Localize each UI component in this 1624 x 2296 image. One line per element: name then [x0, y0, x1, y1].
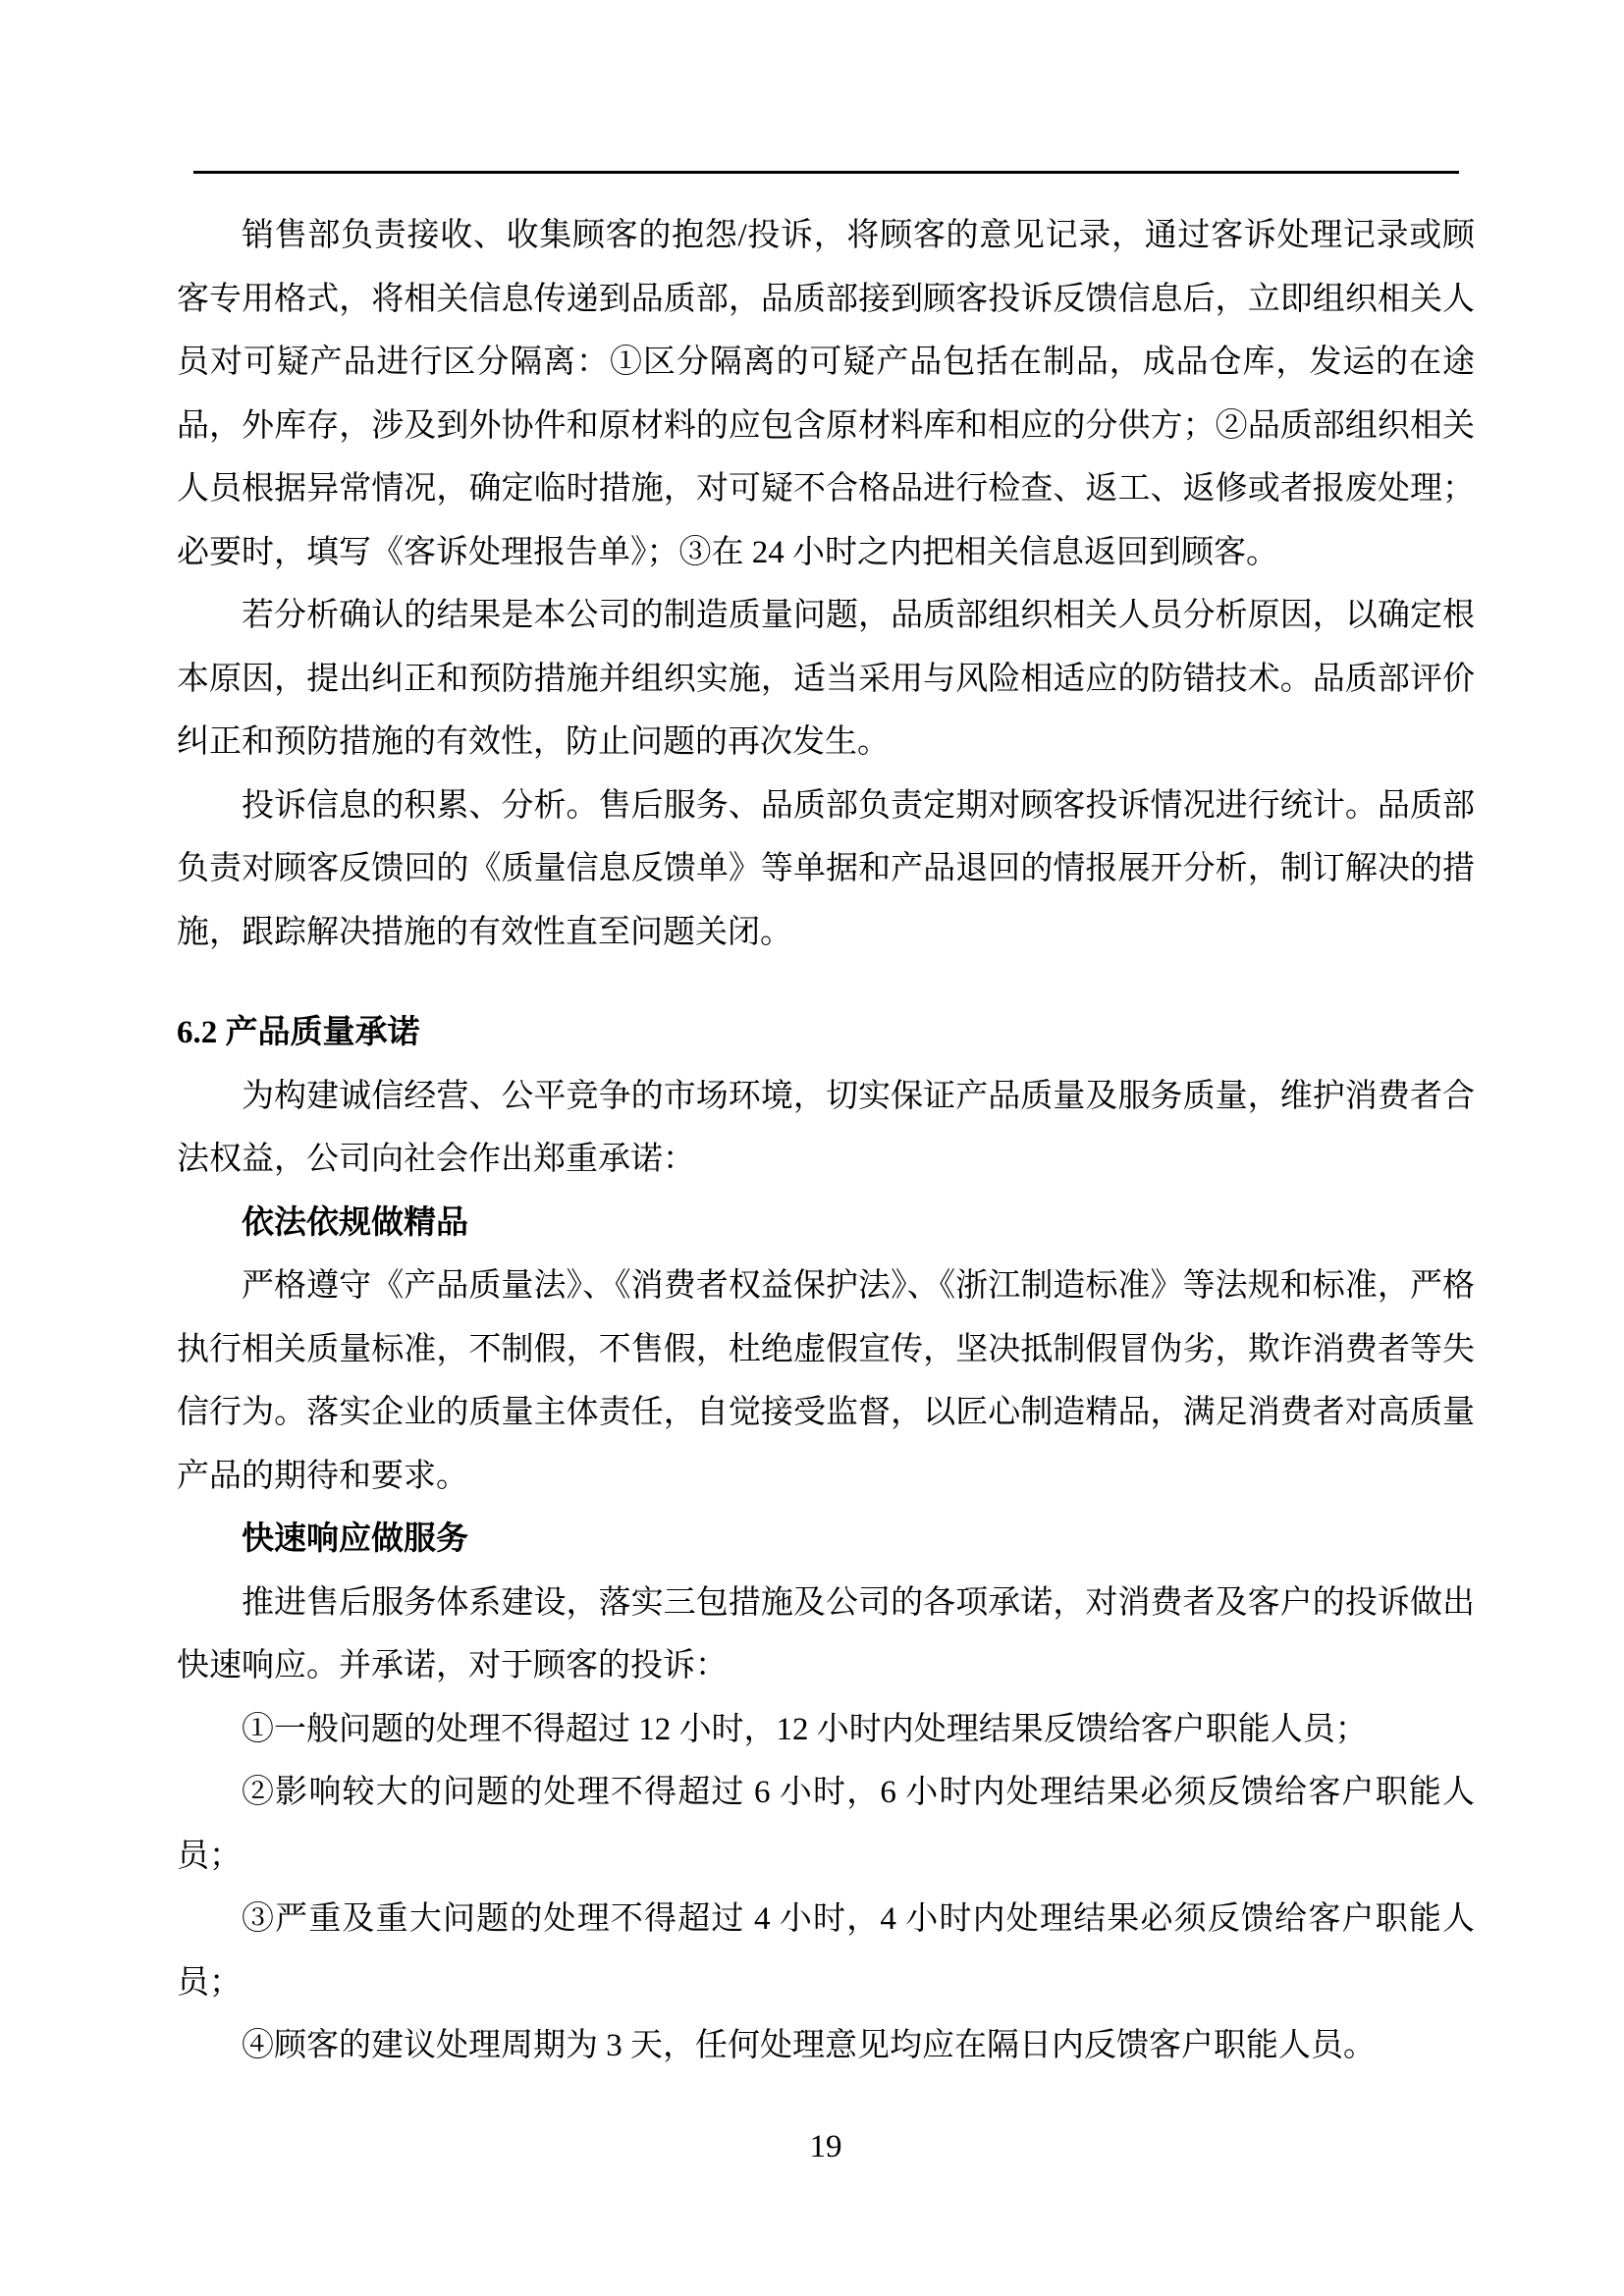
paragraph-complaint-intake: 销售部负责接收、收集顾客的抱怨/投诉，将顾客的意见记录，通过客诉处理记录或顾客专… [177, 204, 1475, 584]
commitment-item-2: ②影响较大的问题的处理不得超过 6 小时，6 小时内处理结果必须反馈给客户职能人… [177, 1761, 1475, 1888]
subheading-quality-by-law: 依法依规做精品 [177, 1192, 1475, 1255]
header-rule [193, 171, 1459, 174]
document-page: 销售部负责接收、收集顾客的抱怨/投诉，将顾客的意见记录，通过客诉处理记录或顾客专… [0, 0, 1624, 2296]
commitment-item-3: ③严重及重大问题的处理不得超过 4 小时，4 小时内处理结果必须反馈给客户职能人… [177, 1888, 1475, 2014]
paragraph-service-commitment: 推进售后服务体系建设，落实三包措施及公司的各项承诺，对消费者及客户的投诉做出快速… [177, 1572, 1475, 1698]
paragraph-quality-commitment: 严格遵守《产品质量法》、《消费者权益保护法》、《浙江制造标准》等法规和标准，严格… [177, 1255, 1475, 1508]
paragraph-root-cause-analysis: 若分析确认的结果是本公司的制造质量问题，品质部组织相关人员分析原因，以确定根本原… [177, 584, 1475, 774]
commitment-item-4: ④顾客的建议处理周期为 3 天，任何处理意见均应在隔日内反馈客户职能人员。 [177, 2014, 1475, 2078]
document-body: 销售部负责接收、收集顾客的抱怨/投诉，将顾客的意见记录，通过客诉处理记录或顾客专… [177, 204, 1475, 2078]
subheading-fast-response-service: 快速响应做服务 [177, 1508, 1475, 1572]
page-number: 19 [177, 2131, 1475, 2163]
commitment-item-1: ①一般问题的处理不得超过 12 小时，12 小时内处理结果反馈给客户职能人员； [177, 1698, 1475, 1762]
paragraph-commitment-intro: 为构建诚信经营、公平竞争的市场环境，切实保证产品质量及服务质量，维护消费者合法权… [177, 1065, 1475, 1192]
section-heading-6-2: 6.2 产品质量承诺 [177, 1001, 1475, 1065]
paragraph-complaint-statistics: 投诉信息的积累、分析。售后服务、品质部负责定期对顾客投诉情况进行统计。品质部负责… [177, 774, 1475, 965]
